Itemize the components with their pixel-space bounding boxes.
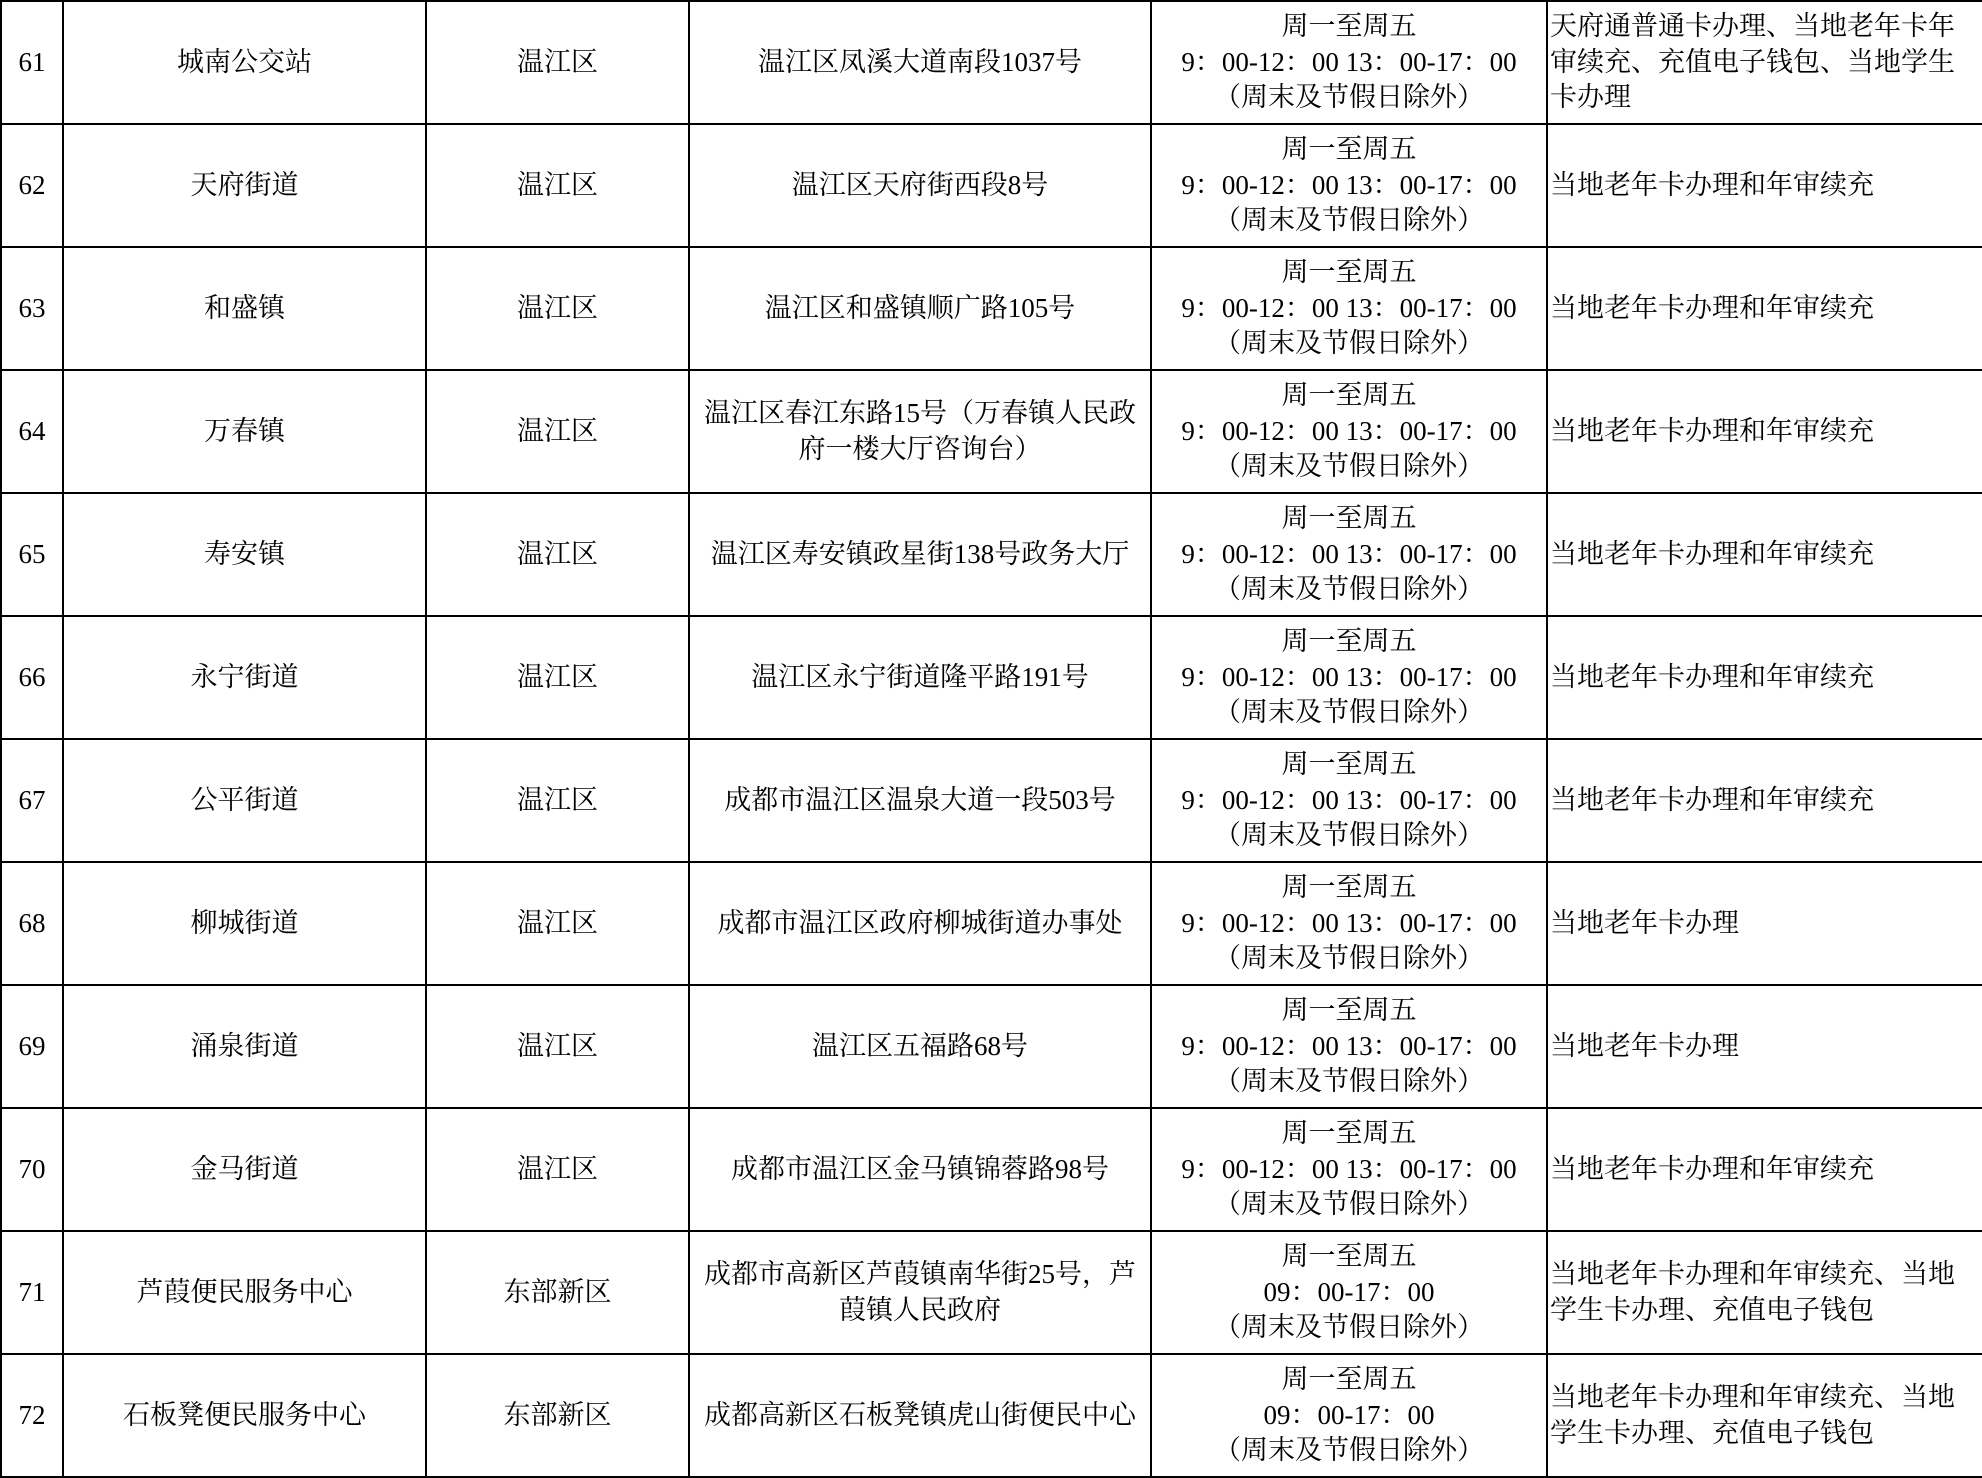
- hours-line: 09：00-17：00: [1154, 1275, 1544, 1311]
- cell-number: 71: [1, 1231, 63, 1354]
- hours-line: 9：00-12：00 13：00-17：00: [1154, 1029, 1544, 1065]
- hours-line: 周一至周五: [1154, 255, 1544, 291]
- hours-line: 周一至周五: [1154, 132, 1544, 168]
- cell-address: 温江区天府街西段8号: [689, 124, 1151, 247]
- cell-location-name: 柳城街道: [63, 862, 426, 985]
- hours-line: （周末及节假日除外）: [1154, 1064, 1544, 1100]
- hours-line: （周末及节假日除外）: [1154, 1187, 1544, 1223]
- hours-line: 周一至周五: [1154, 378, 1544, 414]
- hours-line: 9：00-12：00 13：00-17：00: [1154, 1152, 1544, 1188]
- table-row: 62天府街道温江区温江区天府街西段8号周一至周五9：00-12：00 13：00…: [1, 124, 1982, 247]
- hours-line: 周一至周五: [1154, 1239, 1544, 1275]
- cell-number: 66: [1, 616, 63, 739]
- table-row: 70金马街道温江区成都市温江区金马镇锦蓉路98号周一至周五9：00-12：00 …: [1, 1108, 1982, 1231]
- cell-services: 当地老年卡办理: [1547, 985, 1982, 1108]
- hours-line: 9：00-12：00 13：00-17：00: [1154, 537, 1544, 573]
- hours-line: 周一至周五: [1154, 1362, 1544, 1398]
- hours-line: （周末及节假日除外）: [1154, 818, 1544, 854]
- hours-line: 9：00-12：00 13：00-17：00: [1154, 45, 1544, 81]
- cell-district: 温江区: [426, 985, 689, 1108]
- hours-line: （周末及节假日除外）: [1154, 80, 1544, 116]
- cell-business-hours: 周一至周五9：00-12：00 13：00-17：00（周末及节假日除外）: [1151, 1108, 1547, 1231]
- cell-number: 72: [1, 1354, 63, 1477]
- cell-number: 68: [1, 862, 63, 985]
- cell-number: 69: [1, 985, 63, 1108]
- cell-district: 温江区: [426, 370, 689, 493]
- cell-services: 当地老年卡办理和年审续充、当地学生卡办理、充值电子钱包: [1547, 1231, 1982, 1354]
- hours-line: （周末及节假日除外）: [1154, 695, 1544, 731]
- cell-location-name: 和盛镇: [63, 247, 426, 370]
- cell-business-hours: 周一至周五09：00-17：00（周末及节假日除外）: [1151, 1354, 1547, 1477]
- cell-address: 温江区凤溪大道南段1037号: [689, 1, 1151, 124]
- cell-district: 温江区: [426, 739, 689, 862]
- hours-line: （周末及节假日除外）: [1154, 572, 1544, 608]
- cell-address: 温江区寿安镇政星街138号政务大厅: [689, 493, 1151, 616]
- hours-line: 9：00-12：00 13：00-17：00: [1154, 414, 1544, 450]
- hours-line: 9：00-12：00 13：00-17：00: [1154, 168, 1544, 204]
- cell-district: 温江区: [426, 862, 689, 985]
- hours-line: 09：00-17：00: [1154, 1398, 1544, 1434]
- table-row: 72石板凳便民服务中心东部新区成都高新区石板凳镇虎山街便民中心周一至周五09：0…: [1, 1354, 1982, 1477]
- cell-location-name: 涌泉街道: [63, 985, 426, 1108]
- table-body: 61城南公交站温江区温江区凤溪大道南段1037号周一至周五9：00-12：00 …: [1, 1, 1982, 1477]
- hours-line: 周一至周五: [1154, 870, 1544, 906]
- hours-line: （周末及节假日除外）: [1154, 1433, 1544, 1469]
- cell-services: 当地老年卡办理和年审续充: [1547, 124, 1982, 247]
- cell-district: 东部新区: [426, 1231, 689, 1354]
- cell-services: 当地老年卡办理和年审续充: [1547, 616, 1982, 739]
- cell-address: 温江区春江东路15号（万春镇人民政府一楼大厅咨询台）: [689, 370, 1151, 493]
- cell-location-name: 天府街道: [63, 124, 426, 247]
- table-row: 71芦葭便民服务中心东部新区成都市高新区芦葭镇南华街25号，芦葭镇人民政府周一至…: [1, 1231, 1982, 1354]
- table-row: 69涌泉街道温江区温江区五福路68号周一至周五9：00-12：00 13：00-…: [1, 985, 1982, 1108]
- cell-business-hours: 周一至周五9：00-12：00 13：00-17：00（周末及节假日除外）: [1151, 616, 1547, 739]
- cell-address: 成都高新区石板凳镇虎山街便民中心: [689, 1354, 1151, 1477]
- cell-business-hours: 周一至周五9：00-12：00 13：00-17：00（周末及节假日除外）: [1151, 124, 1547, 247]
- table-row: 67公平街道温江区成都市温江区温泉大道一段503号周一至周五9：00-12：00…: [1, 739, 1982, 862]
- cell-business-hours: 周一至周五9：00-12：00 13：00-17：00（周末及节假日除外）: [1151, 247, 1547, 370]
- cell-number: 70: [1, 1108, 63, 1231]
- cell-address: 温江区和盛镇顺广路105号: [689, 247, 1151, 370]
- cell-services: 当地老年卡办理和年审续充: [1547, 370, 1982, 493]
- table-row: 66永宁街道温江区温江区永宁街道隆平路191号周一至周五9：00-12：00 1…: [1, 616, 1982, 739]
- table-row: 64万春镇温江区温江区春江东路15号（万春镇人民政府一楼大厅咨询台）周一至周五9…: [1, 370, 1982, 493]
- hours-line: 9：00-12：00 13：00-17：00: [1154, 291, 1544, 327]
- hours-line: 9：00-12：00 13：00-17：00: [1154, 660, 1544, 696]
- table-row: 65寿安镇温江区温江区寿安镇政星街138号政务大厅周一至周五9：00-12：00…: [1, 493, 1982, 616]
- cell-district: 温江区: [426, 247, 689, 370]
- cell-services: 当地老年卡办理和年审续充、当地学生卡办理、充值电子钱包: [1547, 1354, 1982, 1477]
- cell-services: 当地老年卡办理和年审续充: [1547, 1108, 1982, 1231]
- hours-line: 9：00-12：00 13：00-17：00: [1154, 783, 1544, 819]
- cell-address: 成都市高新区芦葭镇南华街25号，芦葭镇人民政府: [689, 1231, 1151, 1354]
- hours-line: 周一至周五: [1154, 501, 1544, 537]
- hours-line: （周末及节假日除外）: [1154, 203, 1544, 239]
- hours-line: （周末及节假日除外）: [1154, 326, 1544, 362]
- cell-business-hours: 周一至周五9：00-12：00 13：00-17：00（周末及节假日除外）: [1151, 1, 1547, 124]
- cell-location-name: 石板凳便民服务中心: [63, 1354, 426, 1477]
- cell-services: 当地老年卡办理: [1547, 862, 1982, 985]
- cell-business-hours: 周一至周五9：00-12：00 13：00-17：00（周末及节假日除外）: [1151, 493, 1547, 616]
- cell-number: 65: [1, 493, 63, 616]
- cell-district: 温江区: [426, 124, 689, 247]
- cell-business-hours: 周一至周五09：00-17：00（周末及节假日除外）: [1151, 1231, 1547, 1354]
- cell-district: 温江区: [426, 616, 689, 739]
- hours-line: （周末及节假日除外）: [1154, 449, 1544, 485]
- cell-location-name: 公平街道: [63, 739, 426, 862]
- cell-location-name: 万春镇: [63, 370, 426, 493]
- hours-line: （周末及节假日除外）: [1154, 1310, 1544, 1346]
- cell-district: 温江区: [426, 1108, 689, 1231]
- cell-address: 成都市温江区政府柳城街道办事处: [689, 862, 1151, 985]
- cell-location-name: 城南公交站: [63, 1, 426, 124]
- hours-line: 9：00-12：00 13：00-17：00: [1154, 906, 1544, 942]
- cell-address: 成都市温江区金马镇锦蓉路98号: [689, 1108, 1151, 1231]
- cell-district: 温江区: [426, 1, 689, 124]
- cell-services: 天府通普通卡办理、当地老年卡年审续充、充值电子钱包、当地学生卡办理: [1547, 1, 1982, 124]
- table-row: 63和盛镇温江区温江区和盛镇顺广路105号周一至周五9：00-12：00 13：…: [1, 247, 1982, 370]
- cell-business-hours: 周一至周五9：00-12：00 13：00-17：00（周末及节假日除外）: [1151, 985, 1547, 1108]
- cell-address: 成都市温江区温泉大道一段503号: [689, 739, 1151, 862]
- cell-district: 温江区: [426, 493, 689, 616]
- cell-number: 67: [1, 739, 63, 862]
- cell-location-name: 寿安镇: [63, 493, 426, 616]
- table-row: 61城南公交站温江区温江区凤溪大道南段1037号周一至周五9：00-12：00 …: [1, 1, 1982, 124]
- cell-business-hours: 周一至周五9：00-12：00 13：00-17：00（周末及节假日除外）: [1151, 862, 1547, 985]
- cell-business-hours: 周一至周五9：00-12：00 13：00-17：00（周末及节假日除外）: [1151, 739, 1547, 862]
- cell-services: 当地老年卡办理和年审续充: [1547, 493, 1982, 616]
- cell-location-name: 芦葭便民服务中心: [63, 1231, 426, 1354]
- cell-number: 61: [1, 1, 63, 124]
- table-row: 68柳城街道温江区成都市温江区政府柳城街道办事处周一至周五9：00-12：00 …: [1, 862, 1982, 985]
- hours-line: 周一至周五: [1154, 1116, 1544, 1152]
- cell-location-name: 永宁街道: [63, 616, 426, 739]
- hours-line: 周一至周五: [1154, 747, 1544, 783]
- cell-location-name: 金马街道: [63, 1108, 426, 1231]
- hours-line: 周一至周五: [1154, 624, 1544, 660]
- service-locations-table: 61城南公交站温江区温江区凤溪大道南段1037号周一至周五9：00-12：00 …: [0, 0, 1982, 1478]
- hours-line: （周末及节假日除外）: [1154, 941, 1544, 977]
- cell-number: 62: [1, 124, 63, 247]
- cell-business-hours: 周一至周五9：00-12：00 13：00-17：00（周末及节假日除外）: [1151, 370, 1547, 493]
- cell-district: 东部新区: [426, 1354, 689, 1477]
- cell-number: 64: [1, 370, 63, 493]
- hours-line: 周一至周五: [1154, 993, 1544, 1029]
- cell-number: 63: [1, 247, 63, 370]
- cell-services: 当地老年卡办理和年审续充: [1547, 247, 1982, 370]
- cell-address: 温江区五福路68号: [689, 985, 1151, 1108]
- cell-services: 当地老年卡办理和年审续充: [1547, 739, 1982, 862]
- hours-line: 周一至周五: [1154, 9, 1544, 45]
- cell-address: 温江区永宁街道隆平路191号: [689, 616, 1151, 739]
